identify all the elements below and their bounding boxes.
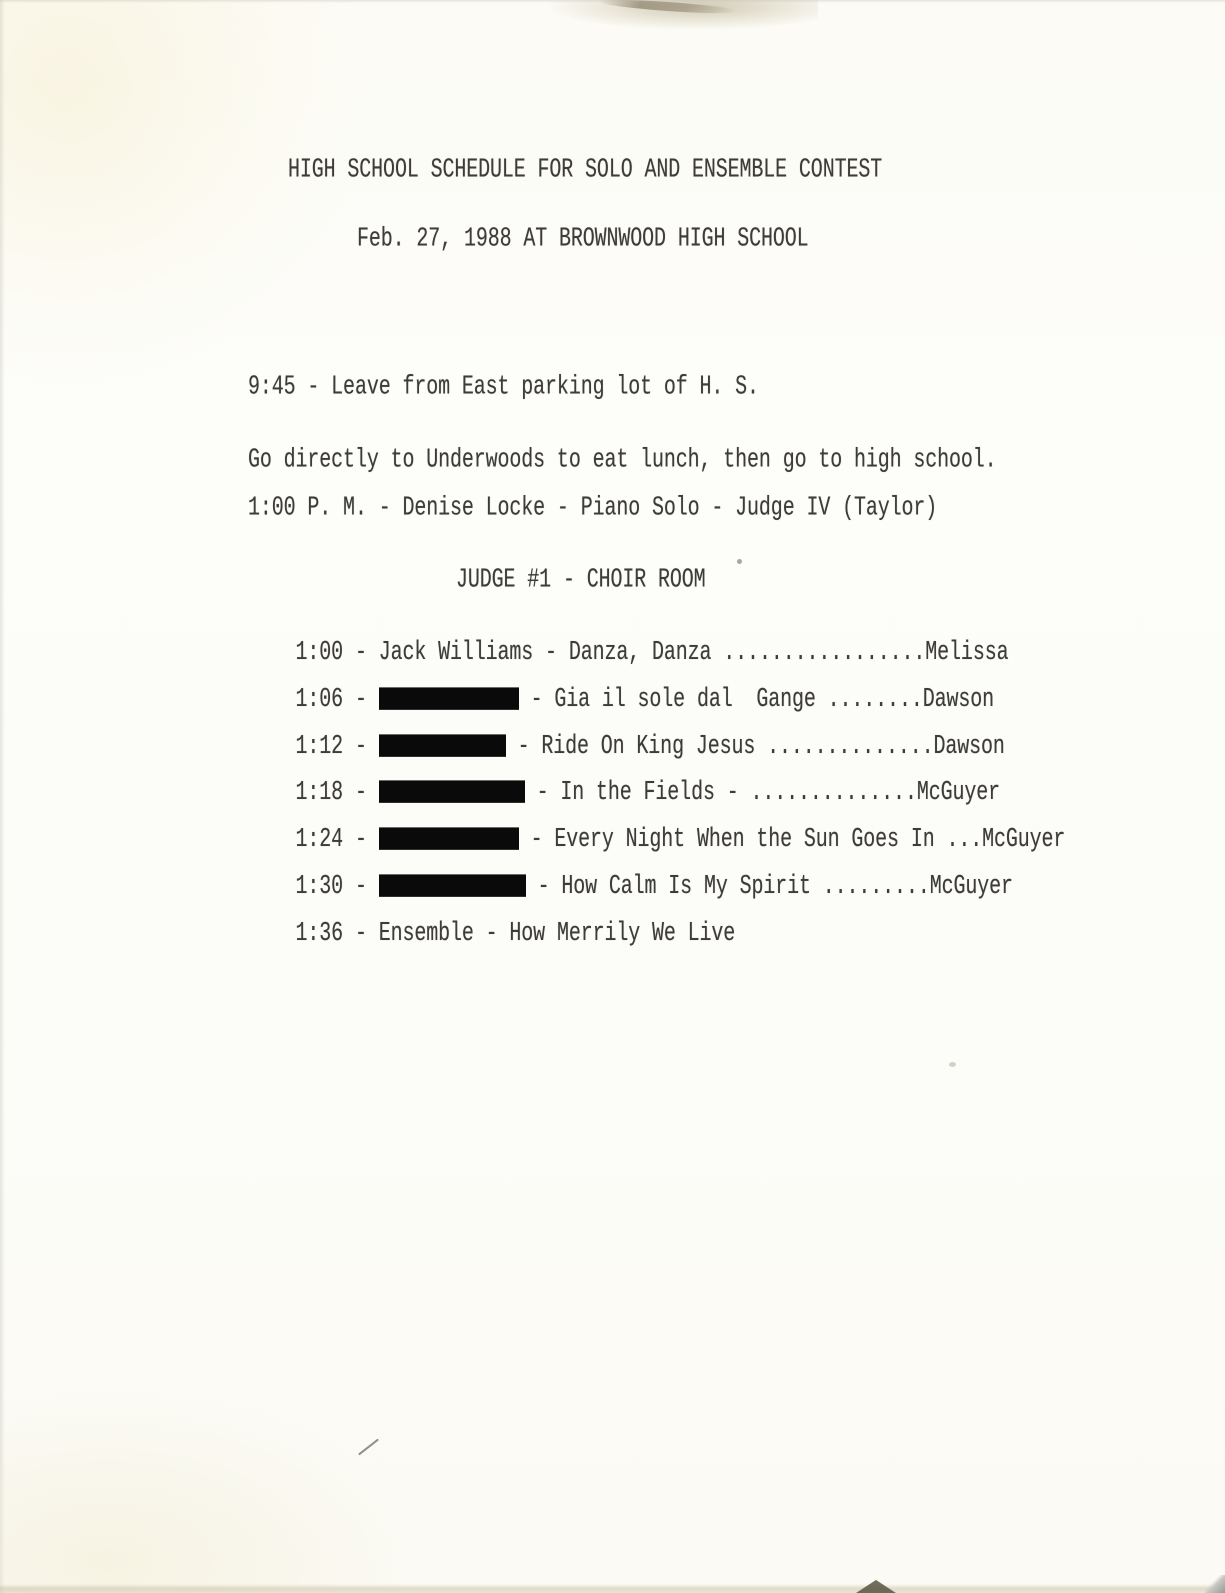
paper-top-edge-shadow xyxy=(0,0,1225,3)
scan-artifact-top-smudge-core xyxy=(598,0,738,16)
scanned-document-page: HIGH SCHOOL SCHEDULE FOR SOLO AND ENSEMB… xyxy=(0,0,1225,1593)
redacted-name-bar xyxy=(379,874,526,896)
redacted-name-bar xyxy=(379,687,519,709)
schedule-row: 1:36 - Ensemble - How Merrily We Live xyxy=(248,895,735,974)
departure-line: 9:45 - Leave from East parking lot of H.… xyxy=(248,375,759,401)
scan-artifact-topleft-stain xyxy=(0,0,370,390)
lunch-instruction-line: Go directly to Underwoods to eat lunch, … xyxy=(248,448,997,474)
redacted-name-bar xyxy=(379,780,525,802)
piece-dots-judge: How Merrily We Live xyxy=(509,919,735,949)
redacted-name-bar xyxy=(379,827,519,849)
scan-artifact-speck xyxy=(949,1062,956,1067)
document-date-line: Feb. 27, 1988 AT BROWNWOOD HIGH SCHOOL xyxy=(357,227,809,253)
paper-corner-fold xyxy=(1205,1575,1225,1593)
scan-artifact-ink-dot xyxy=(737,559,742,564)
time-and-performer: 1:36 - Ensemble - xyxy=(296,919,510,949)
pencil-slash-mark xyxy=(358,1439,379,1456)
judge-section-heading: JUDGE #1 - CHOIR ROOM xyxy=(456,568,706,594)
piano-solo-line: 1:00 P. M. - Denise Locke - Piano Solo -… xyxy=(248,496,937,522)
paper-left-edge-shadow xyxy=(0,0,5,1593)
scan-artifact-bottom-dark-mark xyxy=(856,1580,896,1593)
scan-artifact-top-smudge xyxy=(548,0,818,30)
scan-artifact-bottomleft-stain xyxy=(0,1380,430,1593)
document-title: HIGH SCHOOL SCHEDULE FOR SOLO AND ENSEMB… xyxy=(288,158,882,184)
paper-bottom-edge-shadow xyxy=(0,1584,1225,1593)
